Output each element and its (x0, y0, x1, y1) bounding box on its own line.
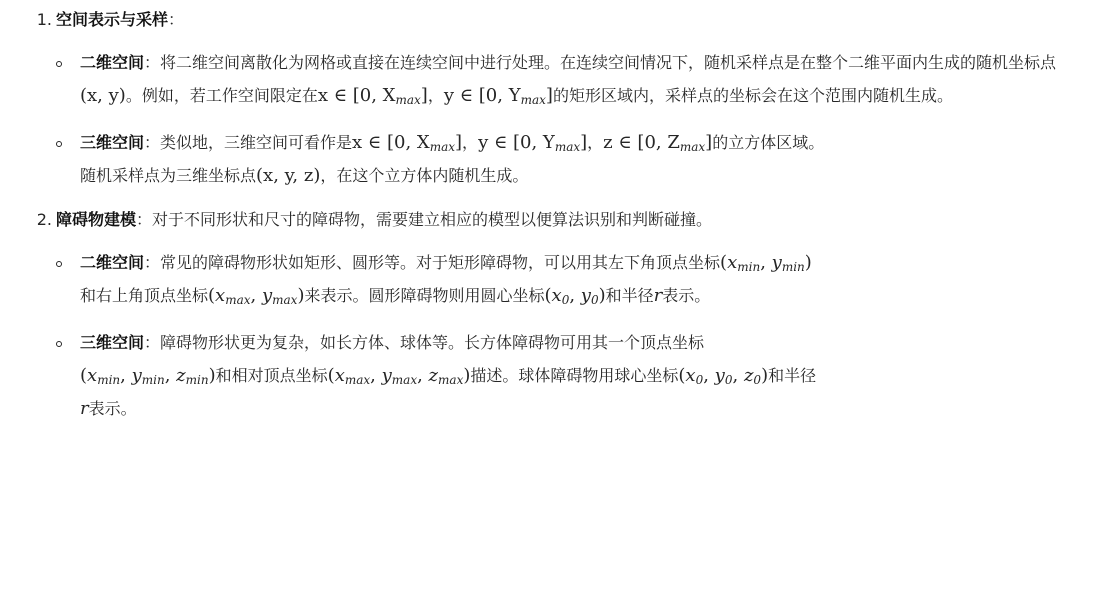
math-var: y (382, 365, 392, 386)
math-var: y (772, 252, 782, 273)
text: 和右上角顶点坐标 (80, 286, 208, 305)
section-intro: 对于不同形状和尺寸的障碍物，需要建立相应的模型以便算法识别和判断碰撞。 (152, 210, 712, 229)
math-text: y ∈ [0, Y (444, 85, 521, 106)
section-title: 空间表示与采样 (56, 10, 168, 29)
math-text: ] (421, 85, 428, 106)
text: 随机采样点为三维坐标点 (80, 166, 256, 185)
math-subscript: 0 (591, 293, 599, 307)
bullet-list: 二维空间：将二维空间离散化为网格或直接在连续空间中进行处理。在连续空间情况下，随… (56, 40, 1096, 200)
text: 的立方体区域。 (712, 133, 824, 152)
math-subscript: min (737, 260, 760, 274)
math-formula: y ∈ [0, Ymax] (478, 132, 587, 153)
section-title: 障碍物建模 (56, 210, 136, 229)
section-number: 1. (26, 5, 52, 35)
text: 障碍物形状更为复杂，如长方体、球体等。长方体障碍物可用其一个顶点坐标 (160, 333, 704, 352)
math-var: x (87, 365, 97, 386)
section-heading: 1. 空间表示与采样： (56, 0, 1096, 40)
colon: ： (144, 253, 160, 272)
section-number: 2. (26, 205, 52, 235)
math-formula: (x0, y0) (545, 285, 606, 306)
math-formula: (x, y) (80, 85, 126, 106)
text: 将二维空间离散化为网格或直接在连续空间中进行处理。在连续空间情况下，随机采样点是… (160, 53, 1056, 72)
math-formula: (xmax, ymax) (208, 285, 304, 306)
hollow-bullet-icon (56, 141, 62, 147)
text: 描述。球体障碍物用球心坐标 (470, 366, 678, 385)
math-subscript: max (438, 373, 463, 387)
math-subscript: max (430, 140, 455, 154)
list-item-3d-space: 三维空间：类似地，三维空间可看作是x ∈ [0, Xmax]，y ∈ [0, Y… (56, 120, 1090, 200)
section-obstacle-modeling: 2. 障碍物建模：对于不同形状和尺寸的障碍物，需要建立相应的模型以便算法识别和判… (0, 200, 1096, 433)
math-subscript: min (186, 373, 209, 387)
math-subscript: 0 (725, 373, 733, 387)
math-text: x ∈ [0, X (318, 85, 396, 106)
math-subscript: max (392, 373, 417, 387)
math-text: ] (455, 132, 462, 153)
math-formula: (xmin, ymin) (720, 252, 812, 273)
document-body: 1. 空间表示与采样： 二维空间：将二维空间离散化为网格或直接在连续空间中进行处… (0, 0, 1096, 433)
hollow-bullet-icon (56, 261, 62, 267)
list-item-2d-obstacles: 二维空间：常见的障碍物形状如矩形、圆形等。对于矩形障碍物，可以用其左下角顶点坐标… (56, 240, 1090, 320)
math-var: x (215, 285, 225, 306)
math-subscript: min (782, 260, 805, 274)
section-heading: 2. 障碍物建模：对于不同形状和尺寸的障碍物，需要建立相应的模型以便算法识别和判… (56, 200, 1096, 240)
hollow-bullet-icon (56, 61, 62, 67)
math-var: x (727, 252, 737, 273)
math-subscript: 0 (562, 293, 570, 307)
math-var: z (176, 365, 185, 386)
text: 和相对顶点坐标 (216, 366, 328, 385)
text: 常见的障碍物形状如矩形、圆形等。对于矩形障碍物，可以用其左下角顶点坐标 (160, 253, 720, 272)
text: ， (462, 133, 478, 152)
math-var: x (335, 365, 345, 386)
colon: ： (136, 210, 152, 229)
text: ， (587, 133, 603, 152)
math-formula: x ∈ [0, Xmax] (352, 132, 462, 153)
math-var: x (552, 285, 562, 306)
math-var: z (429, 365, 438, 386)
text: 和半径 (768, 366, 816, 385)
text: 来表示。圆形障碍物则用圆心坐标 (304, 286, 544, 305)
math-formula: r (80, 398, 89, 419)
math-formula: (x, y, z) (256, 165, 320, 186)
math-subscript: max (395, 93, 420, 107)
math-subscript: max (272, 293, 297, 307)
text: 。例如，若工作空间限定在 (126, 86, 318, 105)
math-var: y (715, 365, 725, 386)
item-label: 二维空间 (80, 53, 144, 72)
math-subscript: max (680, 140, 705, 154)
text: ， (428, 86, 444, 105)
item-label: 三维空间 (80, 333, 144, 352)
hollow-bullet-icon (56, 341, 62, 347)
list-item-2d-space: 二维空间：将二维空间离散化为网格或直接在连续空间中进行处理。在连续空间情况下，随… (56, 40, 1090, 120)
math-text: z ∈ [0, Z (603, 132, 680, 153)
math-formula: (xmax, ymax, zmax) (328, 365, 471, 386)
math-formula: (x0, y0, z0) (678, 365, 768, 386)
math-formula: y ∈ [0, Ymax] (444, 85, 553, 106)
math-subscript: max (521, 93, 546, 107)
item-label: 三维空间 (80, 133, 144, 152)
math-formula: x ∈ [0, Xmax] (318, 85, 428, 106)
math-subscript: max (555, 140, 580, 154)
math-var: y (262, 285, 272, 306)
math-subscript: max (345, 373, 370, 387)
math-var: z (744, 365, 753, 386)
math-var: y (132, 365, 142, 386)
math-formula: r (654, 285, 663, 306)
math-subscript: min (142, 373, 165, 387)
math-subscript: min (97, 373, 120, 387)
math-var: y (581, 285, 591, 306)
colon: ： (144, 53, 160, 72)
text: 类似地，三维空间可看作是 (160, 133, 352, 152)
math-text: ] (546, 85, 553, 106)
section-spatial-representation: 1. 空间表示与采样： 二维空间：将二维空间离散化为网格或直接在连续空间中进行处… (0, 0, 1096, 200)
item-label: 二维空间 (80, 253, 144, 272)
text: ，在这个立方体内随机生成。 (320, 166, 528, 185)
math-subscript: 0 (753, 373, 761, 387)
math-text: x ∈ [0, X (352, 132, 430, 153)
math-formula: (xmin, ymin, zmin) (80, 365, 216, 386)
math-subscript: max (225, 293, 250, 307)
text: 表示。 (662, 286, 710, 305)
colon: ： (144, 333, 160, 352)
text: 的矩形区域内，采样点的坐标会在这个范围内随机生成。 (553, 86, 953, 105)
math-text: (x, y) (80, 85, 126, 106)
math-var: r (654, 285, 663, 306)
math-text: y ∈ [0, Y (478, 132, 555, 153)
list-item-3d-obstacles: 三维空间：障碍物形状更为复杂，如长方体、球体等。长方体障碍物可用其一个顶点坐标(… (56, 320, 1090, 433)
math-subscript: 0 (696, 373, 704, 387)
text: 表示。 (89, 399, 137, 418)
math-formula: z ∈ [0, Zmax] (603, 132, 712, 153)
bullet-list: 二维空间：常见的障碍物形状如矩形、圆形等。对于矩形障碍物，可以用其左下角顶点坐标… (56, 240, 1096, 433)
math-var: x (685, 365, 695, 386)
colon: ： (144, 133, 160, 152)
colon: ： (168, 10, 184, 29)
text: 和半径 (606, 286, 654, 305)
math-var: r (80, 398, 89, 419)
